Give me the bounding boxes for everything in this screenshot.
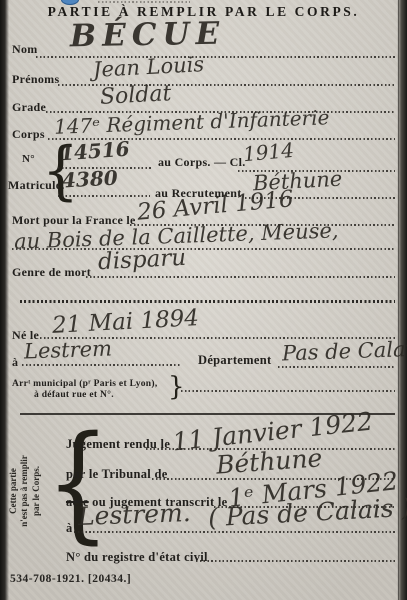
imprint-code: 534-708-1921. [20434.] bbox=[10, 573, 131, 585]
label-corps: Corps bbox=[12, 127, 45, 142]
imprint-bracket: [20434.] bbox=[88, 573, 131, 585]
dotted-line-commune-naissance bbox=[22, 364, 180, 366]
handwritten-classe: 1914 bbox=[242, 140, 294, 164]
label-registre-etat-civil: N° du registre d'état civil bbox=[66, 550, 208, 565]
dotted-line-registre bbox=[196, 560, 395, 562]
dotted-line-nom bbox=[36, 56, 395, 58]
handwritten-prenoms: Jean Louis bbox=[93, 54, 205, 81]
label-a-naissance: à bbox=[12, 355, 18, 370]
label-arrondissement-line2: à défaut rue et N°. bbox=[34, 390, 114, 400]
handwritten-tribunal: Béthune bbox=[215, 445, 323, 477]
dotted-line-genre-de-mort bbox=[86, 276, 395, 278]
dotted-line-lieu-deces bbox=[12, 248, 396, 250]
handwritten-nom: BÉCUE bbox=[70, 19, 226, 53]
label-au-corps-cl: au Corps. — Cl. bbox=[158, 155, 246, 170]
label-numero: N° bbox=[22, 153, 35, 165]
label-arrondissement-line1: Arrᵗ municipal (pʳ Paris et Lyon), bbox=[12, 379, 158, 389]
side-note-line: n'est pas à remplir bbox=[19, 432, 30, 550]
label-grade: Grade bbox=[12, 100, 46, 115]
label-departement: Département bbox=[198, 353, 271, 368]
dotted-line-matricule-recrutement bbox=[58, 195, 150, 197]
handwritten-genre-de-mort: disparu bbox=[97, 247, 186, 275]
handwritten-date-naissance: 21 Mai 1894 bbox=[51, 307, 199, 338]
label-genre-de-mort: Genre de mort bbox=[12, 265, 91, 280]
dotted-line-lieu-transcription bbox=[74, 531, 395, 533]
handwritten-commune-naissance: Lestrem bbox=[24, 338, 113, 362]
handwritten-matricule-corps: 14516 bbox=[59, 139, 130, 164]
handwritten-lieu-transcription: Lestrem. bbox=[78, 500, 191, 529]
dotted-line-arrondissement bbox=[181, 390, 395, 392]
label-nom: Nom bbox=[12, 42, 38, 57]
imprint-number: 534-708-1921. bbox=[10, 573, 85, 585]
arrondissement-brace: } bbox=[168, 374, 185, 400]
side-note-line: Cette partie bbox=[8, 432, 19, 550]
side-note-line: par le Corps. bbox=[31, 432, 42, 550]
handwritten-matricule-recrutement: 4380 bbox=[62, 168, 119, 191]
handwritten-departement-naissance: Pas de Calais bbox=[282, 339, 407, 365]
document-scan: PARTIE À REMPLIR PAR LE CORPS. Nom BÉCUE… bbox=[0, 0, 407, 600]
label-a-transcription: à bbox=[66, 521, 73, 536]
label-prenoms: Prénoms bbox=[12, 72, 59, 87]
side-note-vertical: Cette partie n'est pas à remplir par le … bbox=[8, 432, 44, 550]
top-edge-dotted-fragment bbox=[98, 1, 190, 3]
section-separator-dotted bbox=[20, 300, 395, 303]
dotted-line-departement-naissance bbox=[278, 366, 395, 368]
handwritten-grade: Soldat bbox=[99, 83, 171, 109]
